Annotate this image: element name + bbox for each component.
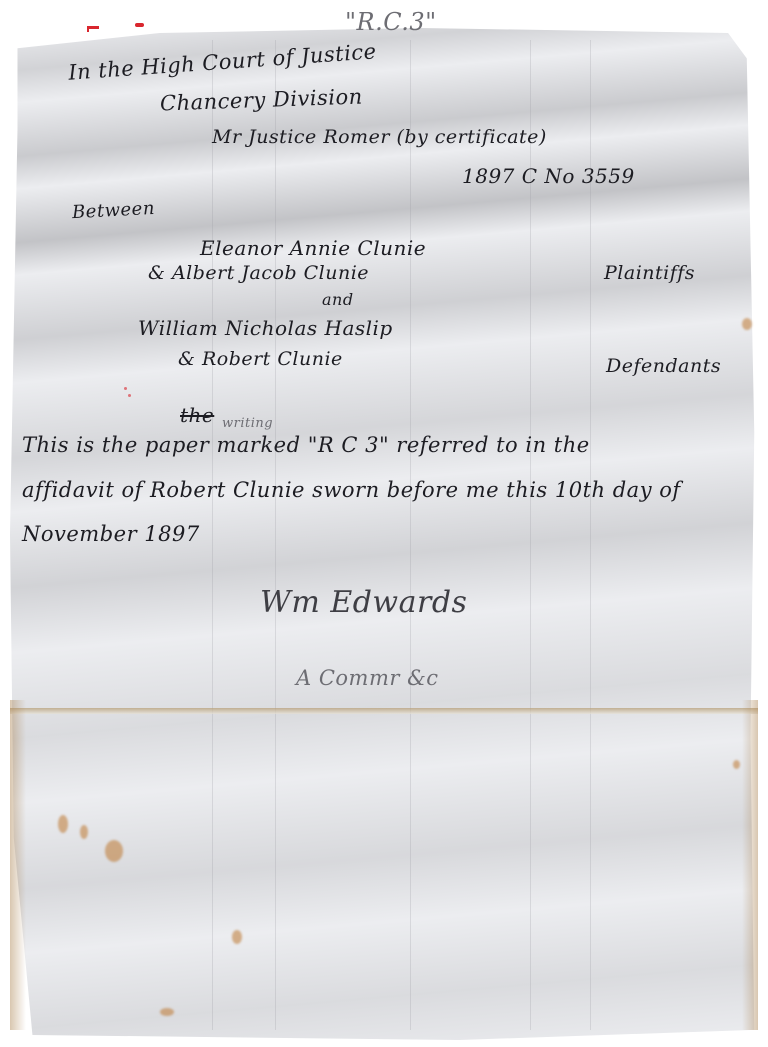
red-mark bbox=[124, 387, 127, 390]
ruled-line bbox=[530, 40, 531, 1030]
fold-crease bbox=[10, 708, 758, 714]
red-mark bbox=[128, 394, 131, 397]
plaintiff-name: Eleanor Annie Clunie bbox=[200, 236, 426, 260]
defendants-label: Defendants bbox=[606, 355, 721, 377]
exhibit-mark: "R.C.3" bbox=[345, 8, 437, 36]
edge-discoloration bbox=[10, 700, 26, 1030]
judge-line: Mr Justice Romer (by certificate) bbox=[212, 126, 547, 148]
plaintiff-name: & Albert Jacob Clunie bbox=[148, 262, 369, 284]
ruled-line bbox=[590, 40, 591, 1030]
rust-stain bbox=[58, 815, 68, 833]
struck-insertion: the bbox=[180, 403, 214, 427]
rust-stain bbox=[105, 840, 123, 862]
rust-stain bbox=[160, 1008, 174, 1016]
rust-stain bbox=[733, 760, 740, 769]
body-line: affidavit of Robert Clunie sworn before … bbox=[22, 478, 681, 502]
insertion-above: writing bbox=[222, 416, 273, 431]
rust-stain bbox=[742, 318, 752, 330]
plaintiffs-label: Plaintiffs bbox=[604, 262, 695, 284]
red-mark bbox=[87, 26, 89, 32]
edge-discoloration bbox=[742, 700, 758, 1030]
commissioner-line: A Commr &c bbox=[296, 666, 439, 690]
body-line: November 1897 bbox=[22, 522, 200, 546]
body-line: This is the paper marked "R C 3" referre… bbox=[22, 433, 590, 457]
ruled-line bbox=[212, 40, 213, 1030]
between-label: Between bbox=[72, 198, 156, 223]
defendant-name: & Robert Clunie bbox=[178, 348, 343, 370]
signature: Wm Edwards bbox=[260, 585, 467, 620]
and-label: and bbox=[322, 290, 354, 309]
defendant-name: William Nicholas Haslip bbox=[138, 316, 393, 340]
ruled-line bbox=[275, 40, 276, 1030]
case-reference: 1897 C No 3559 bbox=[462, 164, 635, 188]
rust-stain bbox=[80, 825, 88, 839]
ruled-line bbox=[410, 40, 411, 1030]
red-mark bbox=[135, 23, 144, 27]
rust-stain bbox=[232, 930, 242, 944]
